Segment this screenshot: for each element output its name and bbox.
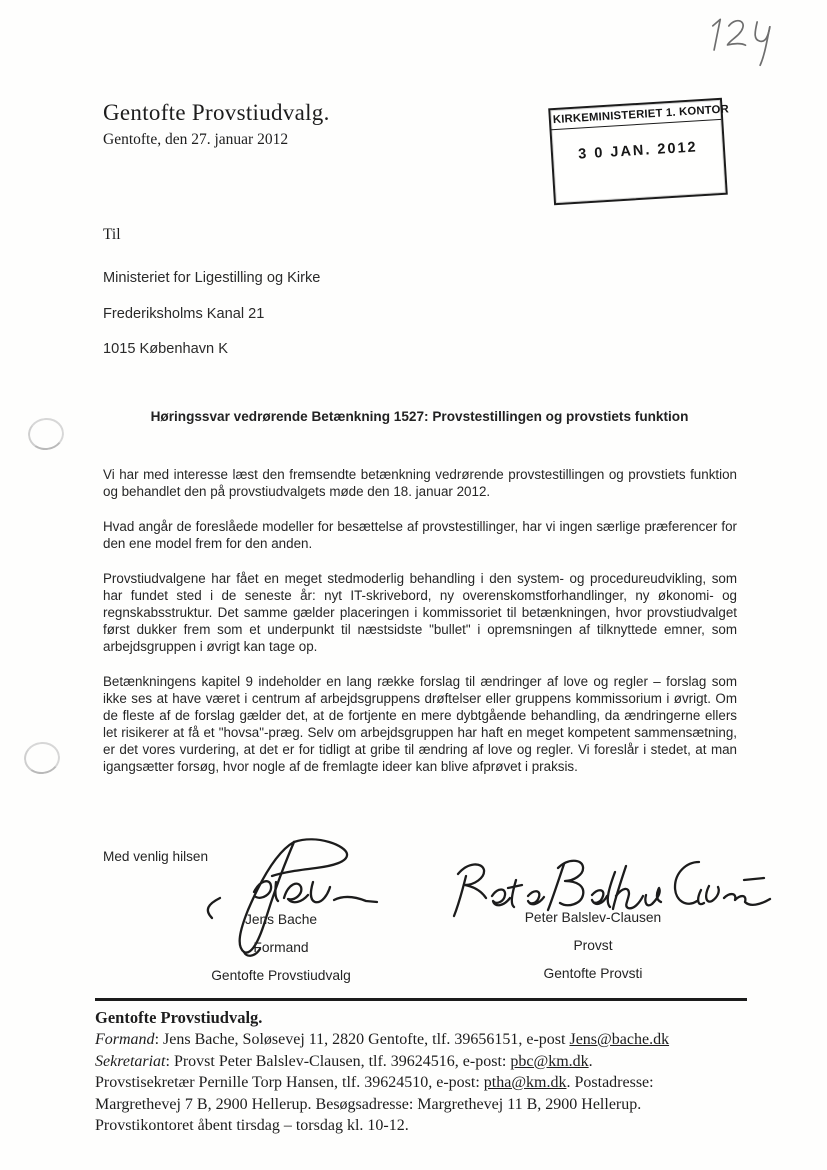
- signatory-name: Peter Balslev-Clausen: [478, 910, 708, 925]
- footer-formand-line: Formand: Jens Bache, Soløsevej 11, 2820 …: [95, 1029, 747, 1051]
- signatory-block-left: Jens Bache Formand Gentofte Provstiudval…: [186, 912, 376, 996]
- body-paragraph: Hvad angår de foreslåede modeller for be…: [103, 518, 737, 552]
- registration-stamp: KIRKEMINISTERIET 1. KONTOR 3 0 JAN. 2012: [548, 98, 728, 205]
- footer-formand-text: : Jens Bache, Soløsevej 11, 2820 Gentoft…: [155, 1031, 570, 1048]
- hole-punch-mark: [22, 740, 62, 777]
- signatory-block-right: Peter Balslev-Clausen Provst Gentofte Pr…: [478, 910, 708, 994]
- footer-formand-label: Formand: [95, 1031, 155, 1048]
- stamp-date: 3 0 JAN. 2012: [553, 138, 724, 164]
- signatory-title: Provst: [478, 938, 708, 953]
- letter-date: Gentofte, den 27. januar 2012: [103, 131, 330, 149]
- footer-sekretariat-line: Sekretariat: Provst Peter Balslev-Clause…: [95, 1051, 747, 1073]
- body-paragraph: Vi har med interesse læst den fremsendte…: [103, 466, 737, 500]
- letter-footer: Gentofte Provstiudvalg. Formand: Jens Ba…: [95, 998, 747, 1137]
- recipient-line: 1015 København K: [103, 341, 320, 357]
- scanned-letter-page: Gentofte Provstiudvalg. Gentofte, den 27…: [0, 0, 827, 1170]
- recipient-line: Ministeriet for Ligestilling og Kirke: [103, 270, 320, 286]
- body-paragraph: Provstiudvalgene har fået en meget stedm…: [103, 570, 737, 655]
- footer-hours-line: Provstikontoret åbent tirsdag – torsdag …: [95, 1115, 747, 1137]
- letterhead: Gentofte Provstiudvalg. Gentofte, den 27…: [103, 100, 330, 149]
- footer-sekretariat-label: Sekretariat: [95, 1053, 166, 1070]
- body-paragraph: Betænkningens kapitel 9 indeholder en la…: [103, 673, 737, 775]
- recipient-line: Frederiksholms Kanal 21: [103, 306, 320, 322]
- handwritten-page-number: [698, 8, 788, 68]
- hole-punch-mark: [26, 416, 66, 453]
- signatory-name: Jens Bache: [186, 912, 376, 927]
- letter-body: Vi har med interesse læst den fremsendte…: [103, 466, 737, 793]
- footer-sekretaer-text: Provstisekretær Pernille Torp Hansen, tl…: [95, 1074, 484, 1091]
- footer-org-name: Gentofte Provstiudvalg.: [95, 1007, 747, 1029]
- footer-sekretaer-after: . Postadresse:: [567, 1074, 654, 1091]
- sender-org-name: Gentofte Provstiudvalg.: [103, 100, 330, 126]
- stamp-office-name: KIRKEMINISTERIET 1. KONTOR: [550, 100, 721, 130]
- signatory-title: Formand: [186, 940, 376, 955]
- footer-sekretariat-text: : Provst Peter Balslev-Clausen, tlf. 396…: [166, 1053, 511, 1070]
- signatory-org: Gentofte Provsti: [478, 966, 708, 981]
- recipient-salutation: Til: [103, 226, 320, 244]
- recipient-block: Til Ministeriet for Ligestilling og Kirk…: [103, 226, 320, 357]
- footer-sekretaer-email: ptha@km.dk: [484, 1074, 567, 1091]
- handwritten-124-strokes: [698, 8, 788, 68]
- subject-line: Høringssvar vedrørende Betænkning 1527: …: [103, 409, 736, 424]
- footer-divider: [95, 998, 747, 1001]
- footer-address-line: Margrethevej 7 B, 2900 Hellerup. Besøgsa…: [95, 1094, 747, 1116]
- signatory-org: Gentofte Provstiudvalg: [186, 968, 376, 983]
- footer-sekretaer-line: Provstisekretær Pernille Torp Hansen, tl…: [95, 1072, 747, 1094]
- footer-formand-email: Jens@bache.dk: [569, 1031, 669, 1048]
- closing-salutation: Med venlig hilsen: [103, 849, 208, 864]
- footer-sekretariat-after: .: [589, 1053, 593, 1070]
- footer-sekretariat-email: pbc@km.dk: [510, 1053, 588, 1070]
